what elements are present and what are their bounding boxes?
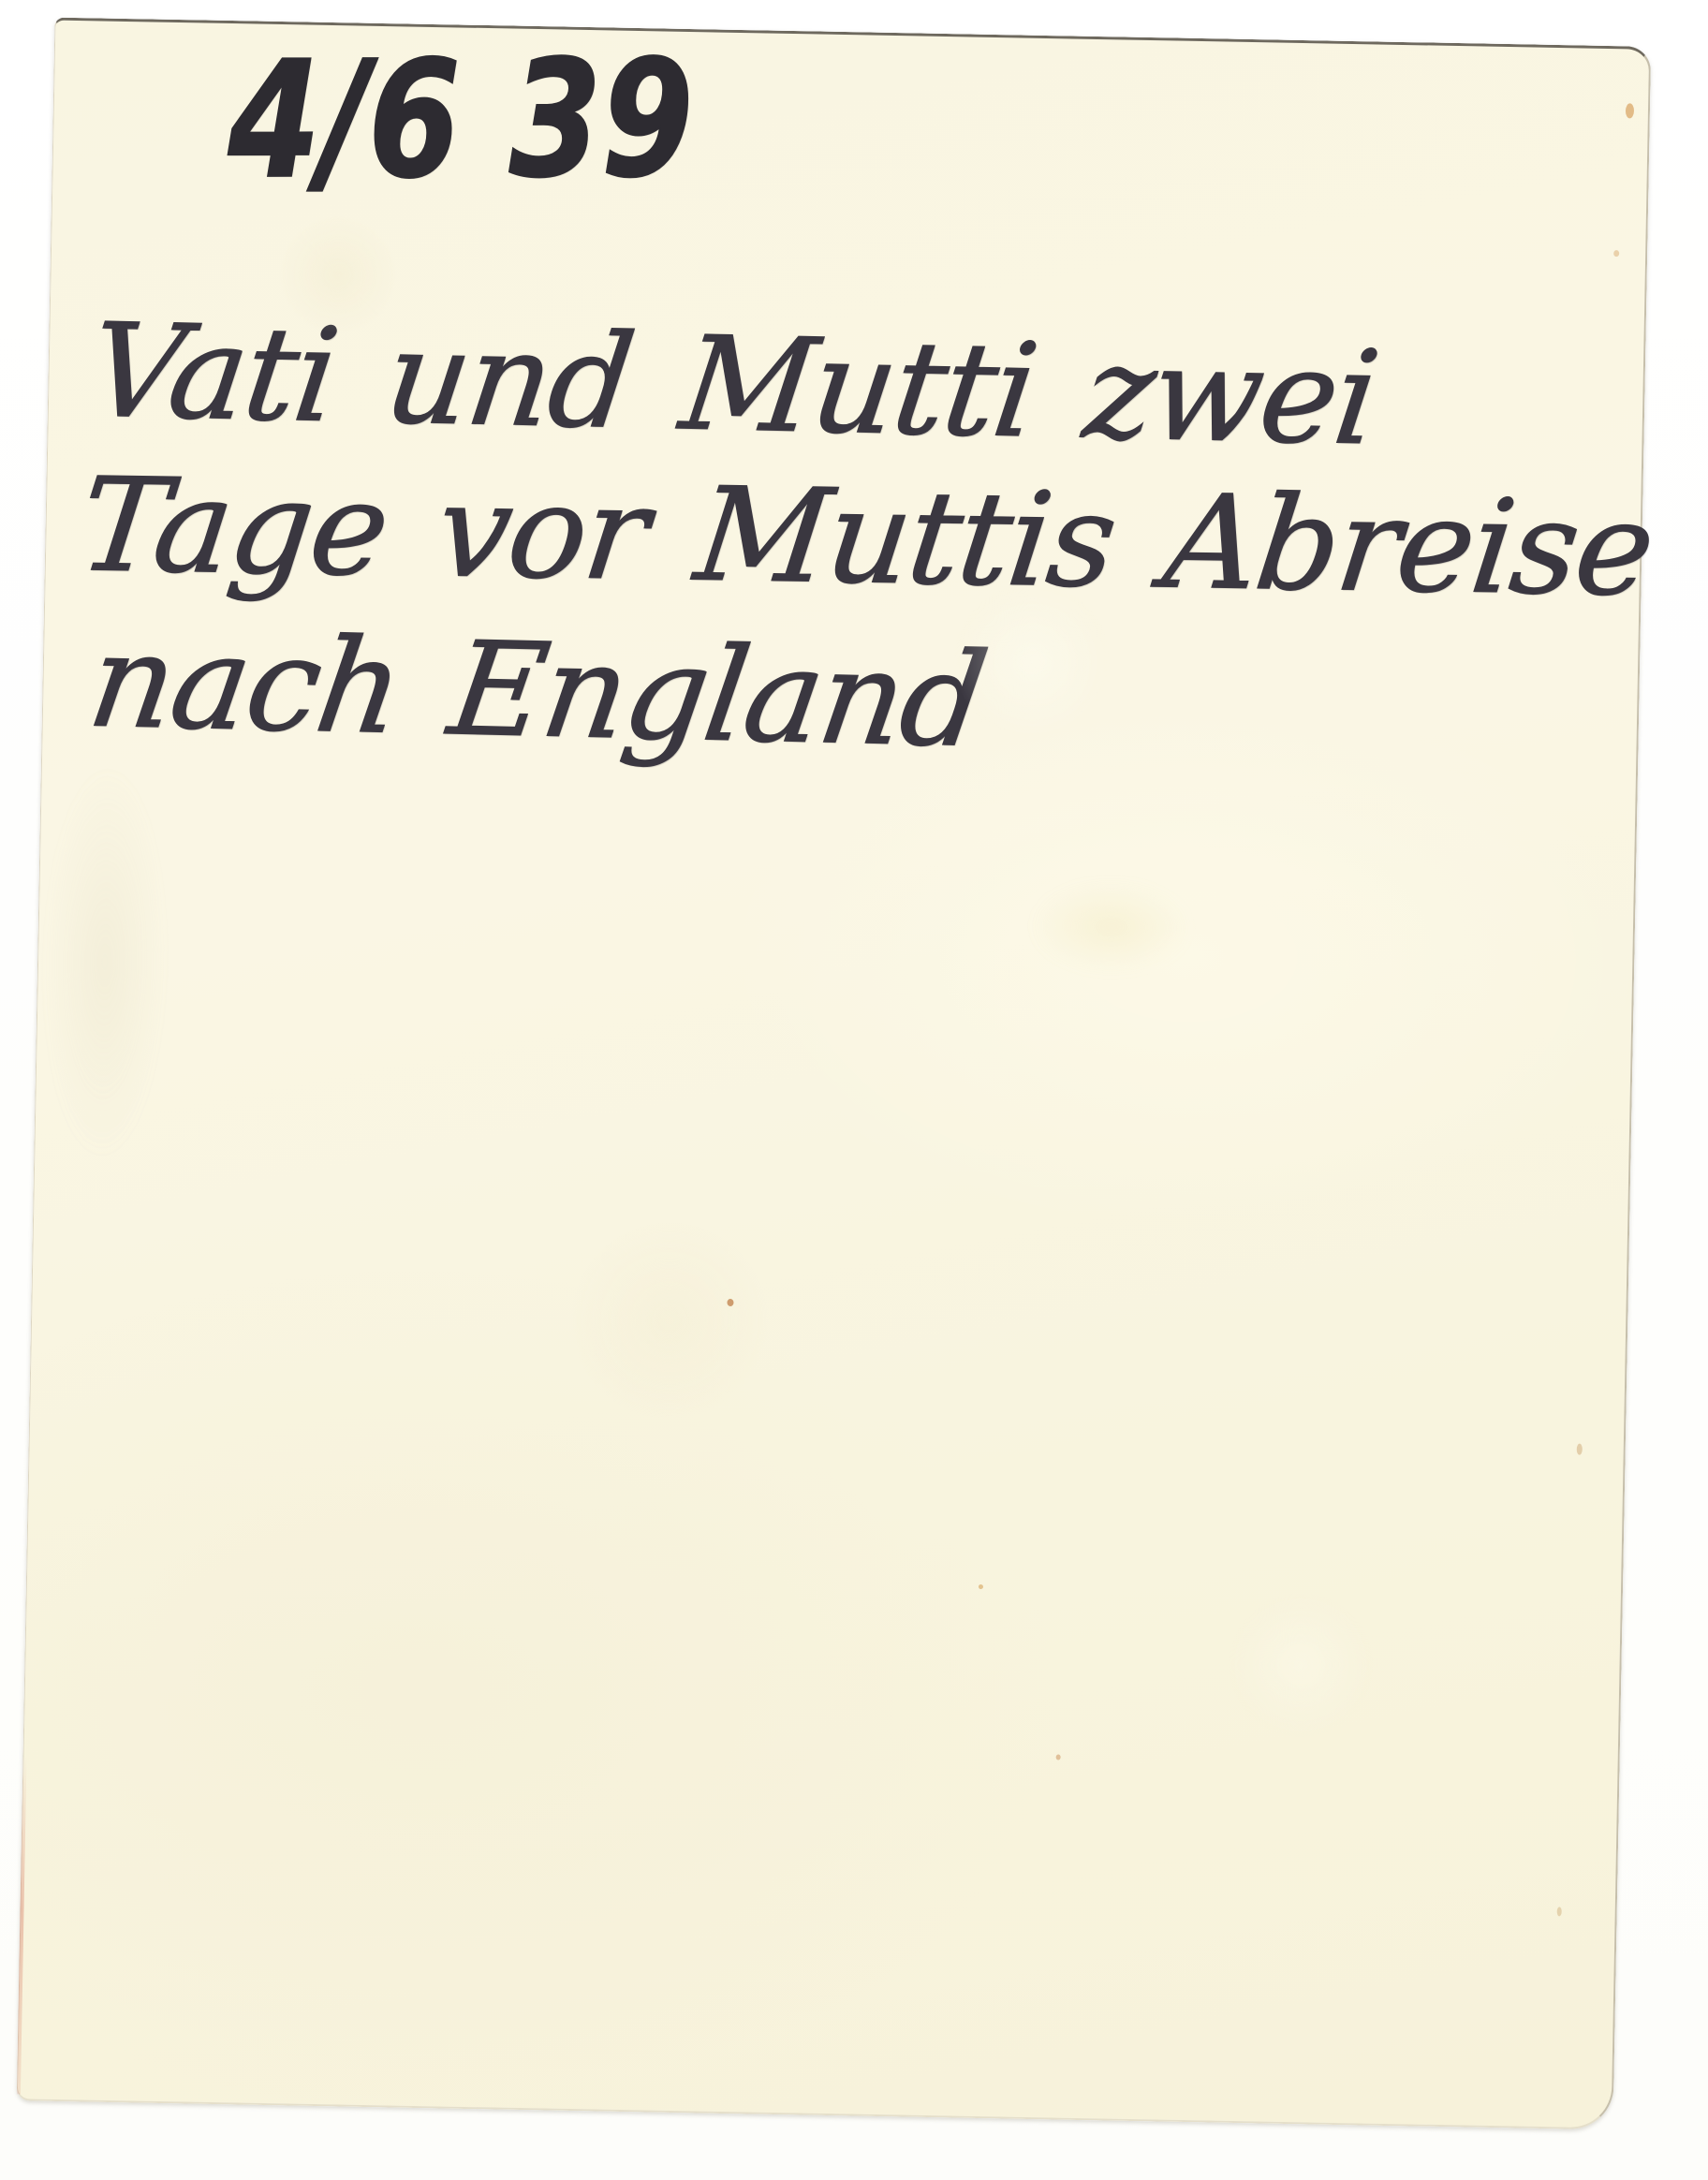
- date-day-month: 4/6: [228, 25, 461, 214]
- edge-stain: [1577, 1444, 1583, 1455]
- paper-smudge: [1031, 881, 1192, 973]
- edge-stain: [1626, 103, 1634, 118]
- date-year: 39: [509, 25, 694, 214]
- edge-stain: [1557, 1907, 1562, 1916]
- edge-stain: [1613, 250, 1619, 257]
- photo-verso-card: 4/639 Vati und Mutti zwei Tage vor Mutti…: [17, 18, 1651, 2130]
- handwriting-line-3: nach England: [82, 617, 993, 766]
- age-speck: [1056, 1754, 1061, 1760]
- age-speck: [727, 1299, 733, 1306]
- scanned-page-background: 4/639 Vati und Mutti zwei Tage vor Mutti…: [0, 0, 1708, 2180]
- handwriting-line-2: Tage vor Muttis Abreise: [73, 461, 1658, 614]
- handwriting-line-1: Vati und Mutti zwei: [82, 306, 1383, 464]
- date-annotation: 4/639: [228, 39, 693, 201]
- left-edge-discoloration: [17, 1757, 27, 2094]
- age-speck: [979, 1584, 983, 1589]
- show-through-smudge: [40, 760, 169, 1165]
